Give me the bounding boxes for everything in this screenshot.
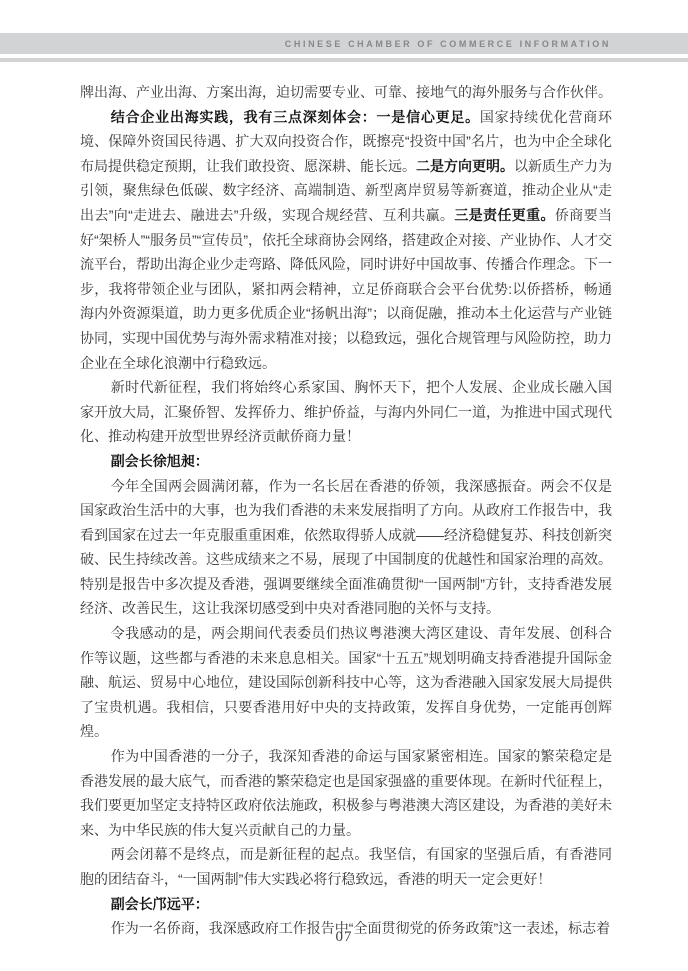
text-segment: 侨商要当好“架桥人”“服务员”“宣传员”，依托全球商协会网络，搭建政企对接、产业… [80, 207, 612, 371]
section-heading: 副会长邝远平： [80, 892, 612, 917]
paragraph: 两会闭幕不是终点，而是新征程的起点。我坚信，有国家的坚强后盾，有香港同胞的团结奋… [80, 842, 612, 891]
paragraph: 结合企业出海实践，我有三点深刻体会：一是信心更足。国家持续优化营商环境、保障外资… [80, 105, 612, 376]
document-page: CHINESE CHAMBER OF COMMERCE INFORMATION … [0, 0, 688, 971]
text-segment: 牌出海、产业出海、方案出海，迫切需要专业、可靠、接地气的海外服务与合作伙伴。 [80, 84, 612, 100]
paragraph: 新时代新征程，我们将始终心系家国、胸怀天下，把个人发展、企业成长融入国家开放大局… [80, 375, 612, 449]
bold-text-segment: 副会长徐旭昶： [111, 453, 209, 469]
paragraph: 今年全国两会圆满闭幕，作为一名长居在香港的侨领，我深感振奋。两会不仅是国家政治生… [80, 474, 612, 622]
section-heading: 副会长徐旭昶： [80, 449, 612, 474]
text-segment: 新时代新征程，我们将始终心系家国、胸怀天下，把个人发展、企业成长融入国家开放大局… [80, 379, 612, 444]
text-segment: 令我感动的是，两会期间代表委员们热议粤港澳大湾区建设、青年发展、创科合作等议题，… [80, 625, 612, 739]
text-segment: 今年全国两会圆满闭幕，作为一名长居在香港的侨领，我深感振奋。两会不仅是国家政治生… [80, 478, 612, 617]
bold-text-segment: 二是方向更明。 [416, 158, 514, 174]
page-footer: 07 [0, 928, 688, 946]
bold-text-segment: 三是责任更重。 [454, 207, 555, 223]
header-rule [0, 58, 688, 62]
paragraph: 作为中国香港的一分子，我深知香港的命运与国家紧密相连。国家的繁荣稳定是香港发展的… [80, 744, 612, 842]
bold-text-segment: 结合企业出海实践，我有三点深刻体会：一是信心更足。 [111, 109, 480, 125]
text-segment: 作为中国香港的一分子，我深知香港的命运与国家紧密相连。国家的繁荣稳定是香港发展的… [80, 748, 612, 838]
text-segment: 两会闭幕不是终点，而是新征程的起点。我坚信，有国家的坚强后盾，有香港同胞的团结奋… [80, 846, 612, 887]
article-body: 牌出海、产业出海、方案出海，迫切需要专业、可靠、接地气的海外服务与合作伙伴。结合… [80, 80, 612, 941]
header-banner: CHINESE CHAMBER OF COMMERCE INFORMATION [0, 33, 688, 54]
header-banner-text: CHINESE CHAMBER OF COMMERCE INFORMATION [285, 39, 611, 49]
bold-text-segment: 副会长邝远平： [111, 896, 209, 912]
page-number: 07 [336, 929, 353, 945]
paragraph: 令我感动的是，两会期间代表委员们热议粤港澳大湾区建设、青年发展、创科合作等议题，… [80, 621, 612, 744]
paragraph: 牌出海、产业出海、方案出海，迫切需要专业、可靠、接地气的海外服务与合作伙伴。 [80, 80, 612, 105]
